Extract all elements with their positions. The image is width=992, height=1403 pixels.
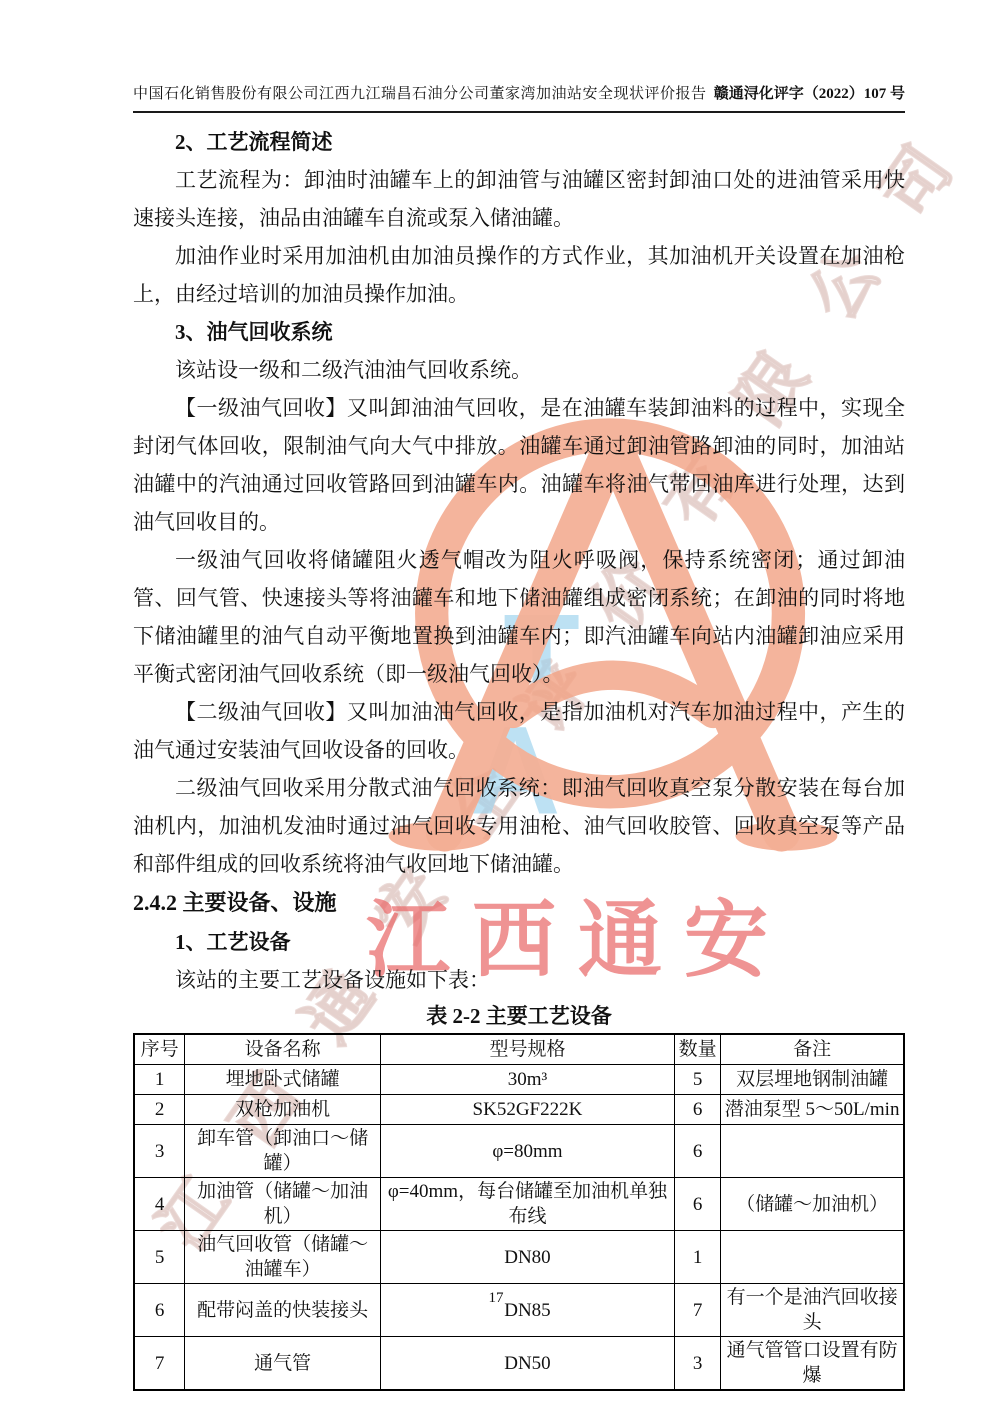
cell-equipment-name: 卸车管（卸油口～储罐） bbox=[185, 1125, 381, 1178]
section-heading-process-flow: 2、工艺流程简述 bbox=[133, 123, 905, 161]
cell-quantity: 6 bbox=[675, 1095, 721, 1125]
document-body: 2、工艺流程简述 工艺流程为：卸油时油罐车上的卸油管与油罐区密封卸油口处的进油管… bbox=[133, 113, 905, 1033]
cell-remark: （储罐～加油机） bbox=[721, 1178, 904, 1231]
equipment-table: 序号 设备名称 型号规格 数量 备注 1 埋地卧式储罐 30m³ 5 双层埋地钢… bbox=[133, 1033, 905, 1391]
table-row: 2 双枪加油机 SK52GF222K 6 潜油泵型 5～50L/min bbox=[134, 1095, 904, 1125]
paragraph-stage2-detail: 二级油气回收采用分散式油气回收系统：即油气回收真空泵分散安装在每台加油机内，加油… bbox=[133, 769, 905, 883]
cell-quantity: 6 bbox=[675, 1178, 721, 1231]
cell-remark: 通气管管口设置有防爆 bbox=[721, 1337, 904, 1391]
cell-model-spec: SK52GF222K bbox=[380, 1095, 674, 1125]
cell-equipment-name: 通气管 bbox=[185, 1337, 381, 1391]
section-heading-vapor-recovery: 3、油气回收系统 bbox=[133, 313, 905, 351]
header-doc-number: 赣通浔化评字（2022）107 号 bbox=[714, 84, 905, 104]
cell-remark: 潜油泵型 5～50L/min bbox=[721, 1095, 904, 1125]
paragraph-stage2-definition: 【二级油气回收】又叫加油油气回收，是指加油机对汽车加油过程中，产生的油气通过安装… bbox=[133, 693, 905, 769]
paragraph-stage1-definition: 【一级油气回收】又叫卸油油气回收，是在油罐车装卸油料的过程中，实现全封闭气体回收… bbox=[133, 389, 905, 541]
cell-seq: 3 bbox=[134, 1125, 185, 1178]
table-row: 1 埋地卧式储罐 30m³ 5 双层埋地钢制油罐 bbox=[134, 1065, 904, 1095]
cell-equipment-name: 加油管（储罐～加油机） bbox=[185, 1178, 381, 1231]
cell-quantity: 3 bbox=[675, 1337, 721, 1391]
section-heading-process-equipment: 1、工艺设备 bbox=[133, 923, 905, 961]
cell-seq: 2 bbox=[134, 1095, 185, 1125]
table-row: 7 通气管 DN50 3 通气管管口设置有防爆 bbox=[134, 1337, 904, 1391]
cell-seq: 5 bbox=[134, 1231, 185, 1284]
cell-quantity: 5 bbox=[675, 1065, 721, 1095]
paragraph-process-flow-2: 加油作业时采用加油机由加油员操作的方式作业，其加油机开关设置在加油枪上，由经过培… bbox=[133, 237, 905, 313]
header-report-title: 中国石化销售股份有限公司江西九江瑞昌石油分公司董家湾加油站安全现状评价报告 bbox=[133, 84, 707, 104]
cell-remark bbox=[721, 1125, 904, 1178]
document-page: 江西通安全评价有限公司 T A 江西通安 中国石化销售股份有限公司江西九 bbox=[0, 0, 992, 1403]
paragraph-vapor-intro: 该站设一级和二级汽油油气回收系统。 bbox=[133, 351, 905, 389]
table-row: 3 卸车管（卸油口～储罐） φ=80mm 6 bbox=[134, 1125, 904, 1178]
paragraph-stage1-detail: 一级油气回收将储罐阻火透气帽改为阻火呼吸阀，保持系统密闭；通过卸油管、回气管、快… bbox=[133, 541, 905, 693]
cell-quantity: 1 bbox=[675, 1231, 721, 1284]
column-header-equipment-name: 设备名称 bbox=[185, 1034, 381, 1065]
cell-model-spec: DN80 bbox=[380, 1231, 674, 1284]
paragraph-process-flow-1: 工艺流程为：卸油时油罐车上的卸油管与油罐区密封卸油口处的进油管采用快速接头连接，… bbox=[133, 161, 905, 237]
cell-model-spec: φ=80mm bbox=[380, 1125, 674, 1178]
cell-quantity: 6 bbox=[675, 1125, 721, 1178]
column-header-quantity: 数量 bbox=[675, 1034, 721, 1065]
cell-remark: 双层埋地钢制油罐 bbox=[721, 1065, 904, 1095]
table-row: 5 油气回收管（储罐～油罐车） DN80 1 bbox=[134, 1231, 904, 1284]
section-heading-242-equipment: 2.4.2 主要设备、设施 bbox=[133, 883, 905, 923]
table-title: 表 2-2 主要工艺设备 bbox=[133, 999, 905, 1033]
page-number: 17 bbox=[0, 1290, 992, 1307]
cell-equipment-name: 埋地卧式储罐 bbox=[185, 1065, 381, 1095]
cell-model-spec: DN50 bbox=[380, 1337, 674, 1391]
paragraph-table-lead-in: 该站的主要工艺设备设施如下表： bbox=[133, 961, 905, 999]
page-content: 中国石化销售股份有限公司江西九江瑞昌石油分公司董家湾加油站安全现状评价报告 赣通… bbox=[0, 0, 992, 1391]
cell-seq: 7 bbox=[134, 1337, 185, 1391]
cell-seq: 4 bbox=[134, 1178, 185, 1231]
cell-equipment-name: 双枪加油机 bbox=[185, 1095, 381, 1125]
page-header: 中国石化销售股份有限公司江西九江瑞昌石油分公司董家湾加油站安全现状评价报告 赣通… bbox=[133, 84, 905, 113]
cell-model-spec: φ=40mm，每台储罐至加油机单独布线 bbox=[380, 1178, 674, 1231]
table-header-row: 序号 设备名称 型号规格 数量 备注 bbox=[134, 1034, 904, 1065]
column-header-remark: 备注 bbox=[721, 1034, 904, 1065]
cell-model-spec: 30m³ bbox=[380, 1065, 674, 1095]
column-header-model-spec: 型号规格 bbox=[380, 1034, 674, 1065]
table-row: 4 加油管（储罐～加油机） φ=40mm，每台储罐至加油机单独布线 6 （储罐～… bbox=[134, 1178, 904, 1231]
column-header-seq: 序号 bbox=[134, 1034, 185, 1065]
cell-seq: 1 bbox=[134, 1065, 185, 1095]
cell-equipment-name: 油气回收管（储罐～油罐车） bbox=[185, 1231, 381, 1284]
cell-remark bbox=[721, 1231, 904, 1284]
